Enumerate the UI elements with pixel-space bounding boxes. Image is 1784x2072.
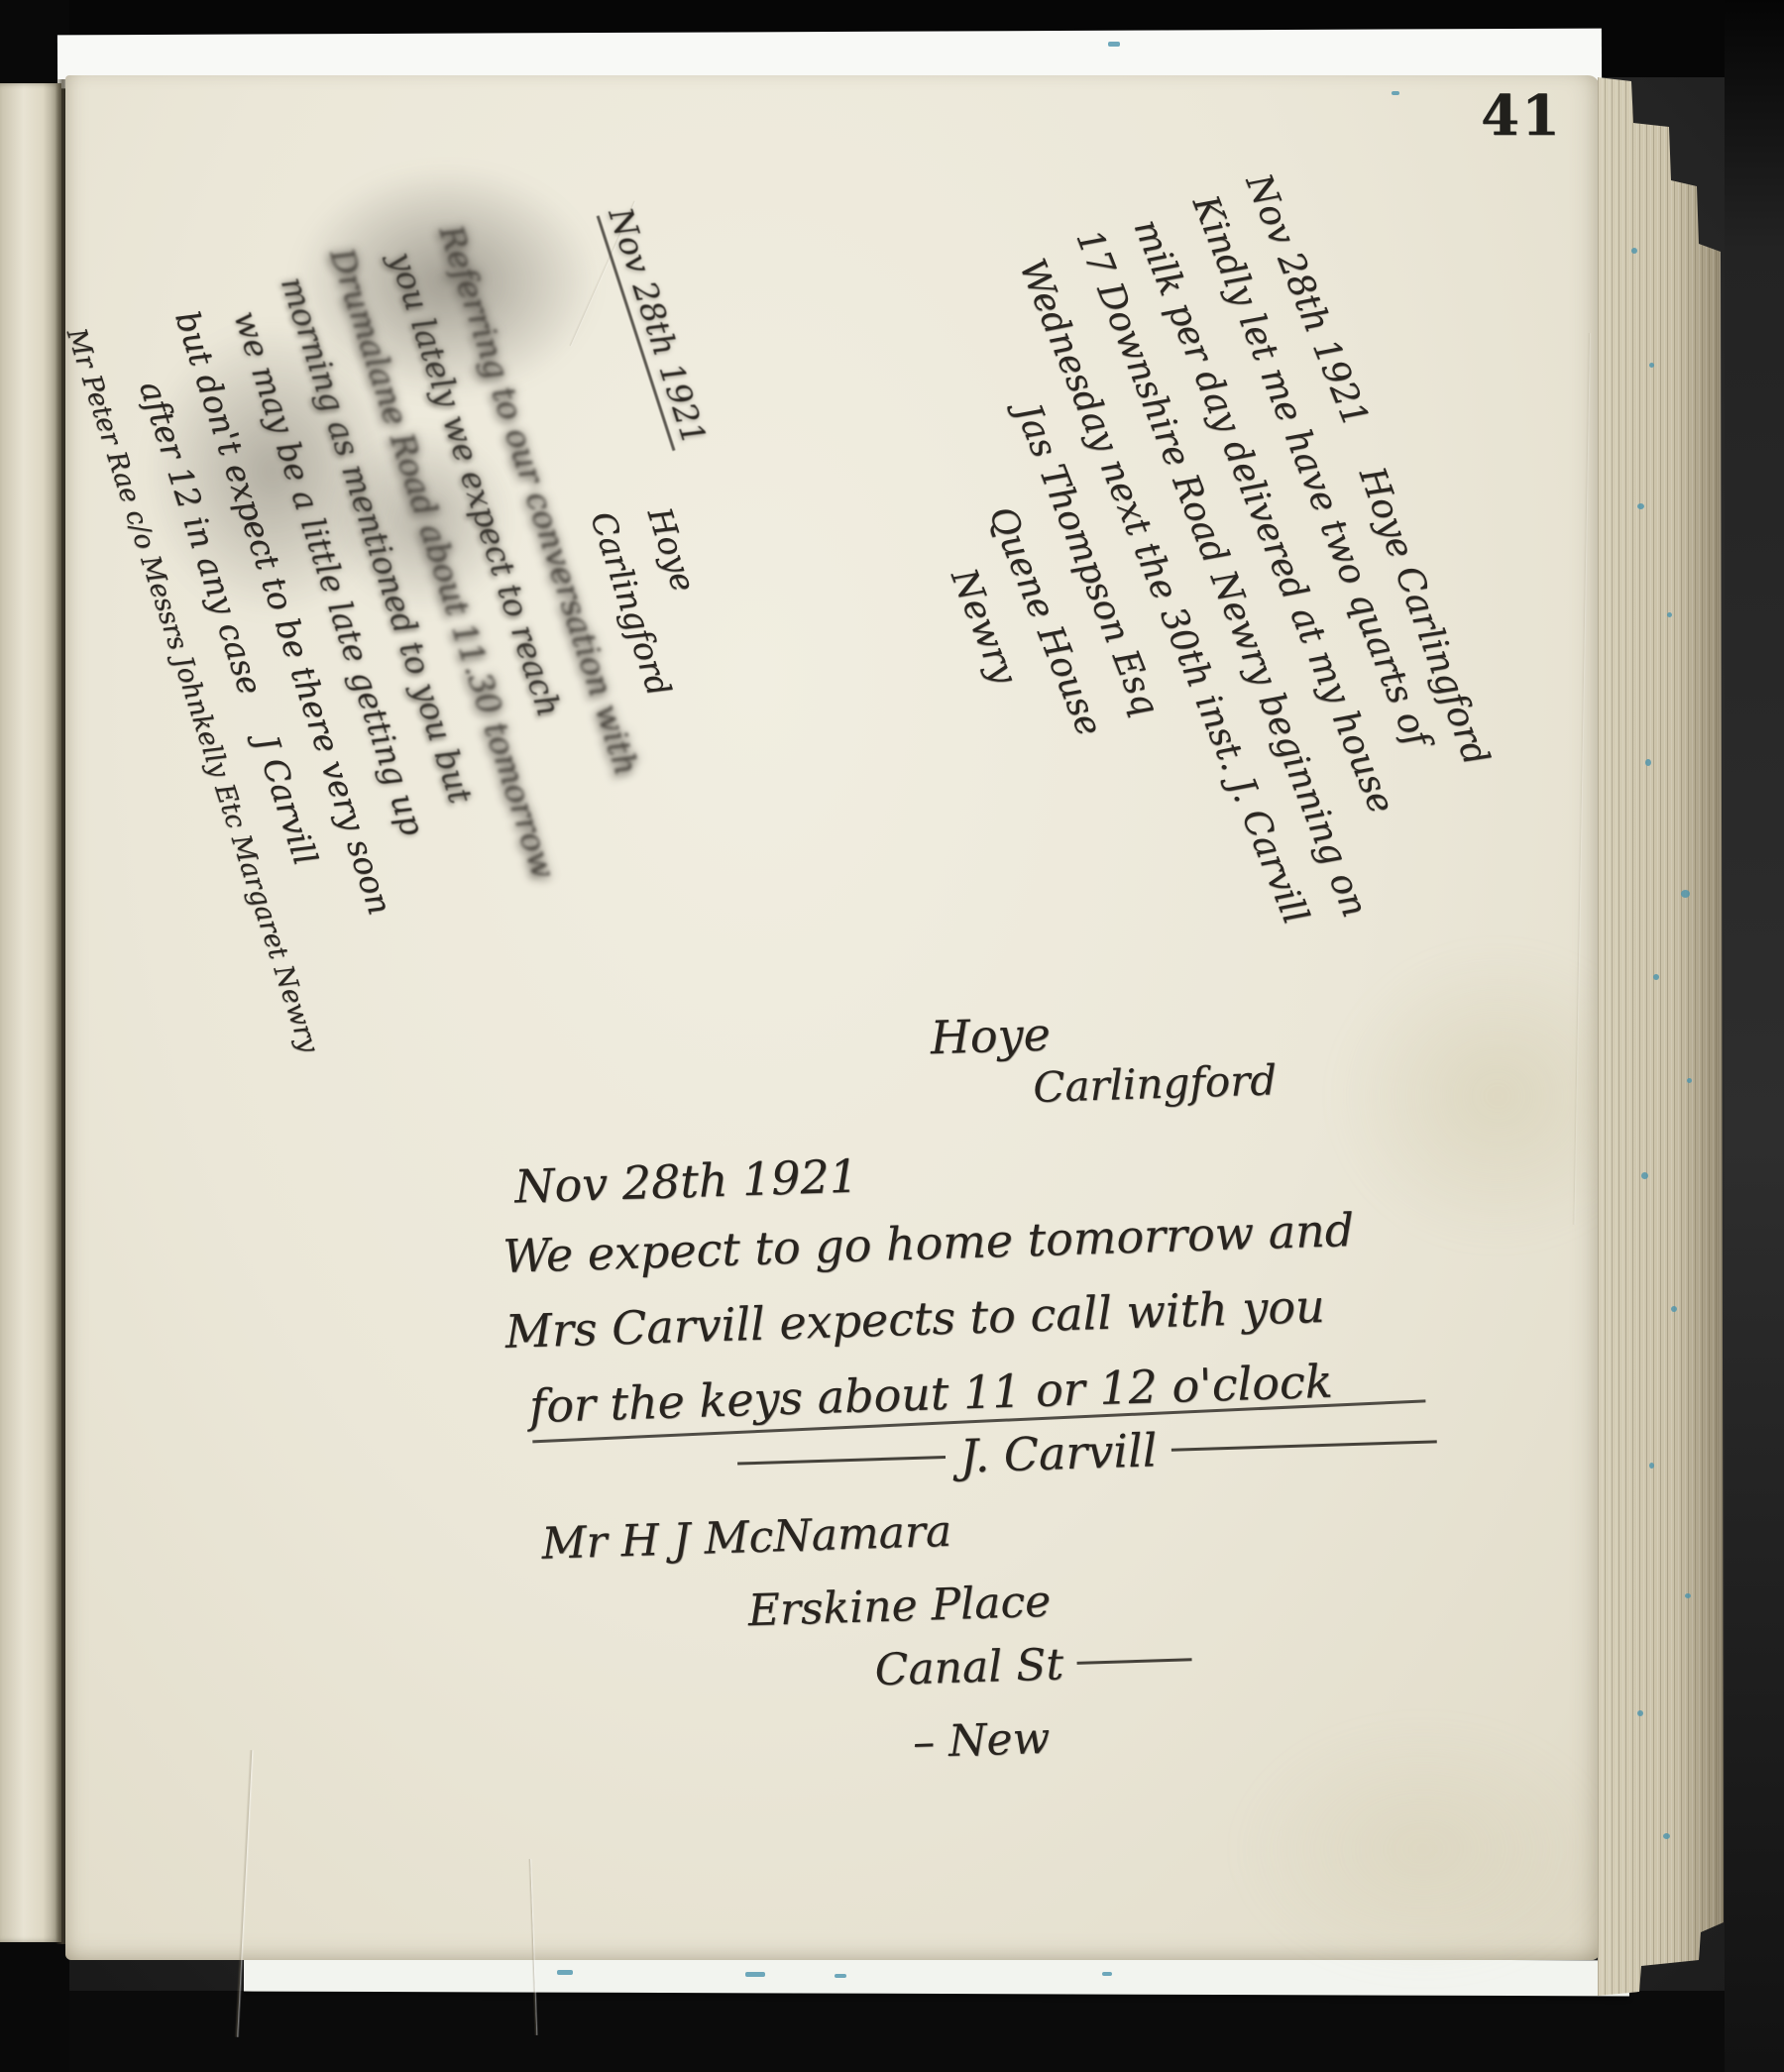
page-number: 41 (1481, 83, 1562, 149)
note-middle: Hoye Carlingford Nov 28th 1921 We expect… (496, 987, 1649, 1796)
blue-speck (1641, 1172, 1648, 1179)
blue-speck (1108, 42, 1120, 47)
scanned-ledger-photo: 41 Nov 28th 1921Hoye Carlingford Kindly … (0, 0, 1784, 2072)
blue-speck (1687, 1078, 1692, 1083)
blue-speck (557, 1970, 573, 1975)
photo-background-right (1725, 0, 1784, 2072)
ink-rule (1077, 1658, 1192, 1665)
blue-speck (1637, 503, 1644, 509)
blue-speck (1681, 890, 1690, 898)
blue-speck (835, 1974, 846, 1978)
blue-speck (1649, 1463, 1654, 1469)
ink-rule (737, 1456, 946, 1466)
blue-speck (1102, 1972, 1112, 1976)
blue-speck (1631, 248, 1637, 254)
blue-speck (1649, 363, 1654, 368)
signature: J. Carvill (959, 1423, 1158, 1482)
facing-page-edge (0, 83, 61, 1942)
blue-speck (745, 1972, 765, 1977)
blue-speck (1671, 1306, 1677, 1312)
blue-speck (1645, 759, 1651, 766)
recipient-text: Canal St (874, 1639, 1064, 1695)
blue-speck (1653, 974, 1659, 980)
blue-speck (1663, 1833, 1670, 1839)
photo-background-bottom (0, 1991, 1784, 2072)
blue-speck (1392, 91, 1399, 95)
blue-speck (1685, 1593, 1691, 1598)
ink-rule (1171, 1440, 1437, 1451)
spacer (241, 697, 255, 740)
spacer (1347, 429, 1364, 472)
blue-speck (1667, 612, 1672, 617)
